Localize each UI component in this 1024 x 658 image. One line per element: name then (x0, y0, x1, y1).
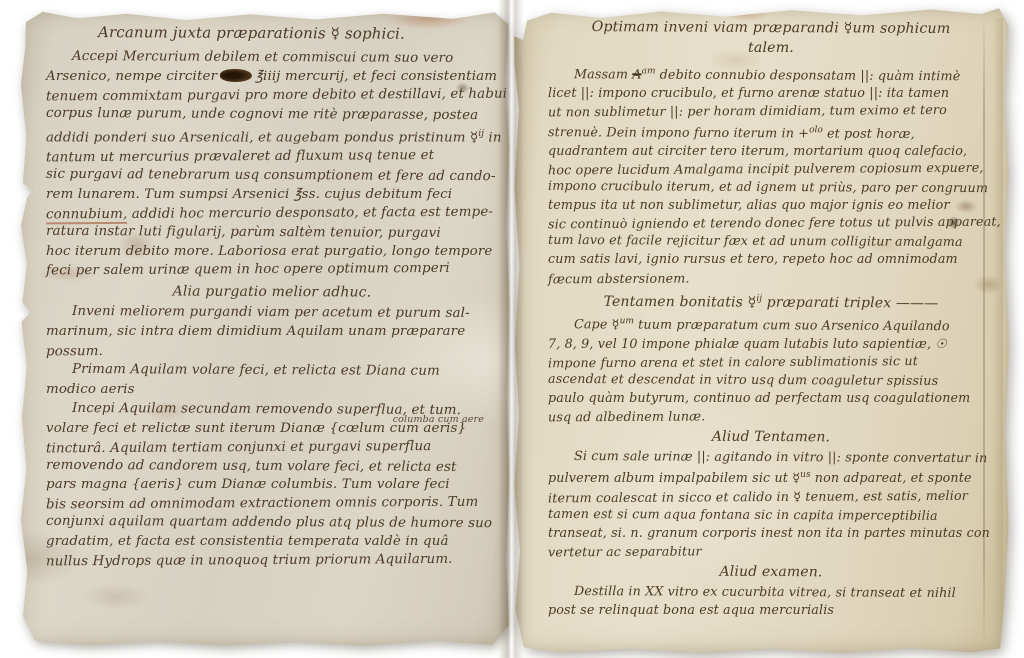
text-line: strenuè. Dein impono furno iterum in +ol… (548, 119, 994, 143)
text-segment: impono crucibulo iterum, et ad ignem ut … (548, 178, 988, 195)
text-line: Accepi Mercurium debilem et commiscui cu… (46, 48, 498, 69)
text-segment: sic continuò igniendo et terendo donec f… (548, 214, 1001, 232)
text-segment: et post horæ, (823, 125, 915, 140)
text-line: ratura instar luti figularij, parùm salt… (46, 222, 498, 243)
text-line: impone furno arena et stet in calore sub… (548, 351, 994, 372)
text-segment: Accepi Mercurium debilem et commiscui cu… (72, 49, 453, 66)
left-page-text: Arcanum juxta præparationis ☿ sophici. A… (46, 22, 498, 572)
text-line: pulverem album impalpabilem sic ut ☿us n… (548, 466, 994, 487)
manuscript-spread: Arcanum juxta præparationis ☿ sophici. A… (0, 0, 1024, 658)
text-segment: sic purgavi ad tenebrarum usq consumptio… (46, 167, 496, 184)
superscript-text: um (620, 317, 634, 327)
text-segment: tincturâ. Aquilam tertiam conjunxi et pu… (46, 439, 431, 456)
text-segment: Si cum sale urinæ ||: agitando in vitro … (574, 448, 987, 465)
text-segment: addidi ponderi suo Arsenicali, et augeba… (46, 130, 478, 145)
text-line: tempus ita ut non sublimetur, alias quo … (548, 196, 994, 214)
text-segment: licet ||: impono crucibulo, et furno are… (548, 85, 949, 100)
paragraph: Inveni meliorem purgandi viam per acetum… (46, 304, 498, 361)
paragraph: Si cum sale urinæ ||: agitando in vitro … (548, 448, 994, 560)
text-line: cum satis lavi, ignio rursus et tero, re… (548, 250, 994, 268)
text-segment: debito connubio desponsatam ||: quàm int… (655, 67, 960, 84)
text-segment: Massam (574, 66, 632, 81)
interlinear-insertion: columba cum aere (393, 411, 484, 430)
text-segment: tuum præparatum cum suo Arsenico Aquilan… (634, 317, 950, 334)
text-segment: impone furno arena et stet in calore sub… (548, 353, 918, 370)
underlying-page-edges (993, 18, 1003, 649)
text-line: volare feci et relictæ sunt iterum Dianæ… (46, 420, 498, 439)
text-segment: Aliud examen. (719, 564, 822, 581)
text-line: vertetur ac separabitur (548, 541, 994, 562)
text-segment: Arsenico, nempe circiter (46, 69, 217, 84)
ink-blot (220, 69, 252, 82)
text-line: ascendat et descendat in vitro usq dum c… (548, 370, 994, 390)
text-segment: pars magna {aeris} cum Dianæ columbis. T… (46, 477, 450, 492)
text-segment: removendo ad candorem usq, tum volare fe… (46, 457, 457, 474)
text-line: 7, 8, 9, vel 10 impone phialæ quam lutab… (548, 335, 994, 353)
text-segment: iterum coalescat in sicco et calido in ☿… (548, 487, 968, 505)
title-line: talem. (548, 38, 994, 58)
text-segment: rem lunarem. Tum sumpsi Arsenici ℥ss. cu… (46, 187, 452, 202)
text-line: Arsenico, nempe circiter℥iiij mercurij, … (46, 68, 498, 87)
superscript-text: us (800, 470, 810, 480)
text-segment: feci per salem urinæ quem in hoc opere o… (46, 261, 450, 278)
title-line: Optimam inveni viam præparandi ☿um sophi… (548, 17, 994, 39)
text-line: modico aeris (46, 381, 498, 400)
superscript-text: am (642, 66, 656, 76)
text-segment: possum. (46, 344, 103, 359)
right-page-body: Massam Aam debito connubio desponsatam |… (548, 63, 994, 619)
text-line: Massam Aam debito connubio desponsatam |… (548, 62, 994, 86)
text-segment: tempus ita ut non sublimetur, alias quo … (548, 197, 950, 212)
text-segment: vertetur ac separabitur (548, 543, 702, 559)
text-segment: Destilla in XX vitro ex cucurbita vitrea… (574, 583, 956, 600)
text-line: marinum, sic intra diem dimidium Aquilam… (46, 323, 498, 342)
text-line: impono crucibulo iterum, et ad ignem ut … (548, 177, 994, 197)
text-line: gradatim, et facta est consistentia temp… (46, 533, 498, 552)
text-line: tantum ut mercurius prævaleret ad fluxum… (46, 147, 498, 169)
paragraph: Massam Aam debito connubio desponsatam |… (548, 63, 994, 287)
text-line: tamen est si cum aqua fontana sic in cap… (548, 505, 994, 525)
text-segment: non adpareat, et sponte (811, 471, 972, 486)
text-segment: gradatim, et facta est consistentia temp… (46, 534, 449, 549)
text-segment: in (484, 130, 502, 145)
text-line: feci per salem urinæ quem in hoc opere o… (46, 260, 498, 282)
text-line: conjunxi aquilam quartam addendo plus at… (46, 513, 498, 534)
text-segment: hoc iterum debito more. Laboriosa erat p… (46, 244, 492, 259)
text-segment: fæcum abstersionem. (548, 270, 690, 286)
text-segment: Aliud Tentamen. (712, 429, 830, 446)
heading-line: Aliud examen. (548, 562, 994, 582)
text-segment: quadrantem aut circiter tero iterum, mor… (548, 143, 967, 158)
text-line: paulo quàm butyrum, continuo ad perfecta… (548, 389, 994, 407)
text-line: post se relinquat bona est aqua mercuria… (548, 601, 994, 619)
superscript-text: olo (809, 125, 823, 135)
section-heading: Tentamen bonitatis ☿ij præparati triplex… (548, 290, 994, 312)
text-line: ut non sublimetur ||: per horam dimidiam… (548, 101, 994, 122)
text-line: rem lunarem. Tum sumpsi Arsenici ℥ss. cu… (46, 186, 498, 205)
text-segment: ut non sublimetur ||: per horam dimidiam… (548, 102, 947, 119)
text-line: licet ||: impono crucibulo, et furno are… (548, 84, 994, 102)
text-line: corpus lunæ purum, unde cognovi me ritè … (46, 105, 498, 126)
text-line: nullus Hydrops quæ in unoquoq trium prio… (46, 551, 498, 573)
struck-out-text: A (632, 67, 641, 82)
paragraph: Accepi Mercurium debilem et commiscui cu… (46, 49, 498, 280)
section-heading: Aliud examen. (548, 563, 994, 581)
text-segment: Primam Aquilam volare feci, et relicta e… (72, 362, 440, 379)
text-line: Cape ☿um tuum præparatum cum suo Arsenic… (548, 312, 994, 336)
text-line: Si cum sale urinæ ||: agitando in vitro … (548, 447, 994, 467)
text-line: addidi ponderi suo Arsenicali, et augeba… (46, 125, 498, 148)
text-line: pars magna {aeris} cum Dianæ columbis. T… (46, 476, 498, 495)
text-segment: marinum, sic intra diem dimidium Aquilam… (46, 324, 465, 339)
section-heading: Alia purgatio melior adhuc. (46, 283, 498, 302)
red-underlined-word: connubium, (46, 207, 127, 224)
text-segment: corpus lunæ purum, unde cognovi me ritè … (46, 106, 478, 123)
text-segment: tum lavo et facile rejicitur fæx et ad u… (548, 232, 963, 249)
text-segment: tantum ut mercurius prævaleret ad fluxum… (46, 148, 434, 165)
text-line: iterum coalescat in sicco et calido in ☿… (548, 486, 994, 507)
text-segment: tamen est si cum aqua fontana sic in cap… (548, 506, 938, 523)
text-line: Inveni meliorem purgandi viam per acetum… (46, 303, 498, 324)
text-line: hoc iterum debito more. Laboriosa erat p… (46, 243, 498, 262)
text-line: tincturâ. Aquilam tertiam conjunxi et pu… (46, 437, 498, 459)
text-segment: Inveni meliorem purgandi viam per acetum… (72, 304, 470, 321)
text-line: usq ad albedinem lunæ. (548, 406, 994, 427)
text-segment: præparati triplex ——— (762, 294, 938, 311)
text-line: Primam Aquilam volare feci, et relicta e… (46, 361, 498, 382)
text-segment: paulo quàm butyrum, continuo ad perfecta… (548, 390, 970, 405)
text-line: connubium, addidi hoc mercurio desponsat… (46, 203, 498, 225)
text-segment: Cape ☿ (574, 317, 620, 332)
text-line: quadrantem aut circiter tero iterum, mor… (548, 142, 994, 160)
text-segment: pulverem album impalpabilem sic ut ☿ (548, 471, 800, 486)
text-segment: ratura instar luti figularij, parùm salt… (46, 223, 441, 240)
text-segment: strenuè. Dein impono furno iterum in + (548, 124, 809, 140)
title-line: Arcanum juxta præparationis ☿ sophici. (46, 21, 498, 45)
heading-line: Tentamen bonitatis ☿ij præparati triplex… (548, 288, 994, 312)
paragraph: Cape ☿um tuum præparatum cum suo Arsenic… (548, 313, 994, 425)
text-segment: addidi hoc mercurio desponsato, et facta… (127, 204, 493, 221)
text-line: transeat, si. n. granum corporis inest n… (548, 524, 994, 542)
text-segment: 7, 8, 9, vel 10 impone phialæ quam lutab… (548, 336, 947, 351)
text-segment: bis seorsim ad omnimodam extractionem om… (46, 495, 478, 513)
heading-line: Alia purgatio melior adhuc. (46, 282, 498, 303)
text-segment: Alia purgatio melior adhuc. (173, 284, 372, 301)
heading-line: Aliud Tentamen. (548, 427, 994, 447)
text-segment: tenuem commixtam purgavi pro more debito… (46, 86, 507, 104)
left-page-title: Arcanum juxta præparationis ☿ sophici. (46, 22, 498, 44)
text-segment: usq ad albedinem lunæ. (548, 408, 705, 424)
text-line: fæcum abstersionem. (548, 267, 994, 288)
text-segment: cum satis lavi, ignio rursus et tero, re… (548, 251, 958, 266)
text-line: Destilla in XX vitro ex cucurbita vitrea… (548, 582, 994, 602)
text-segment: hoc opere lucidum Amalgama incipit pulve… (548, 160, 984, 178)
text-line: possum. (46, 341, 498, 363)
text-segment: ascendat et descendat in vitro usq dum c… (548, 371, 938, 388)
text-segment: post se relinquat bona est aqua mercuria… (548, 602, 834, 617)
left-page-body: Accepi Mercurium debilem et commiscui cu… (46, 49, 498, 571)
paragraph: Primam Aquilam volare feci, et relicta e… (46, 362, 498, 400)
text-segment: transeat, si. n. granum corporis inest n… (548, 525, 990, 540)
right-page-text: Optimam inveni viam præparandi ☿um sophi… (548, 18, 994, 620)
text-segment: modico aeris (46, 382, 135, 397)
text-segment: conjunxi aquilam quartam addendo plus at… (46, 514, 492, 531)
text-segment: ℥iiij mercurij, et feci consistentiam (255, 69, 497, 84)
paragraph: Destilla in XX vitro ex cucurbita vitrea… (548, 583, 994, 619)
text-line: sic purgavi ad tenebrarum usq consumptio… (46, 166, 498, 187)
paragraph: Incepi Aquilam secundam removendo superf… (46, 401, 498, 571)
section-heading: Aliud Tentamen. (548, 428, 994, 446)
text-segment: Tentamen bonitatis ☿ (604, 293, 757, 310)
text-line: tum lavo et facile rejicitur fæx et ad u… (548, 231, 994, 251)
text-line: removendo ad candorem usq, tum volare fe… (46, 456, 498, 477)
text-segment: nullus Hydrops quæ in unoquoq trium prio… (46, 552, 453, 569)
text-line: tenuem commixtam purgavi pro more debito… (46, 85, 498, 107)
right-page-title: Optimam inveni viam præparandi ☿um sophi… (548, 18, 994, 58)
